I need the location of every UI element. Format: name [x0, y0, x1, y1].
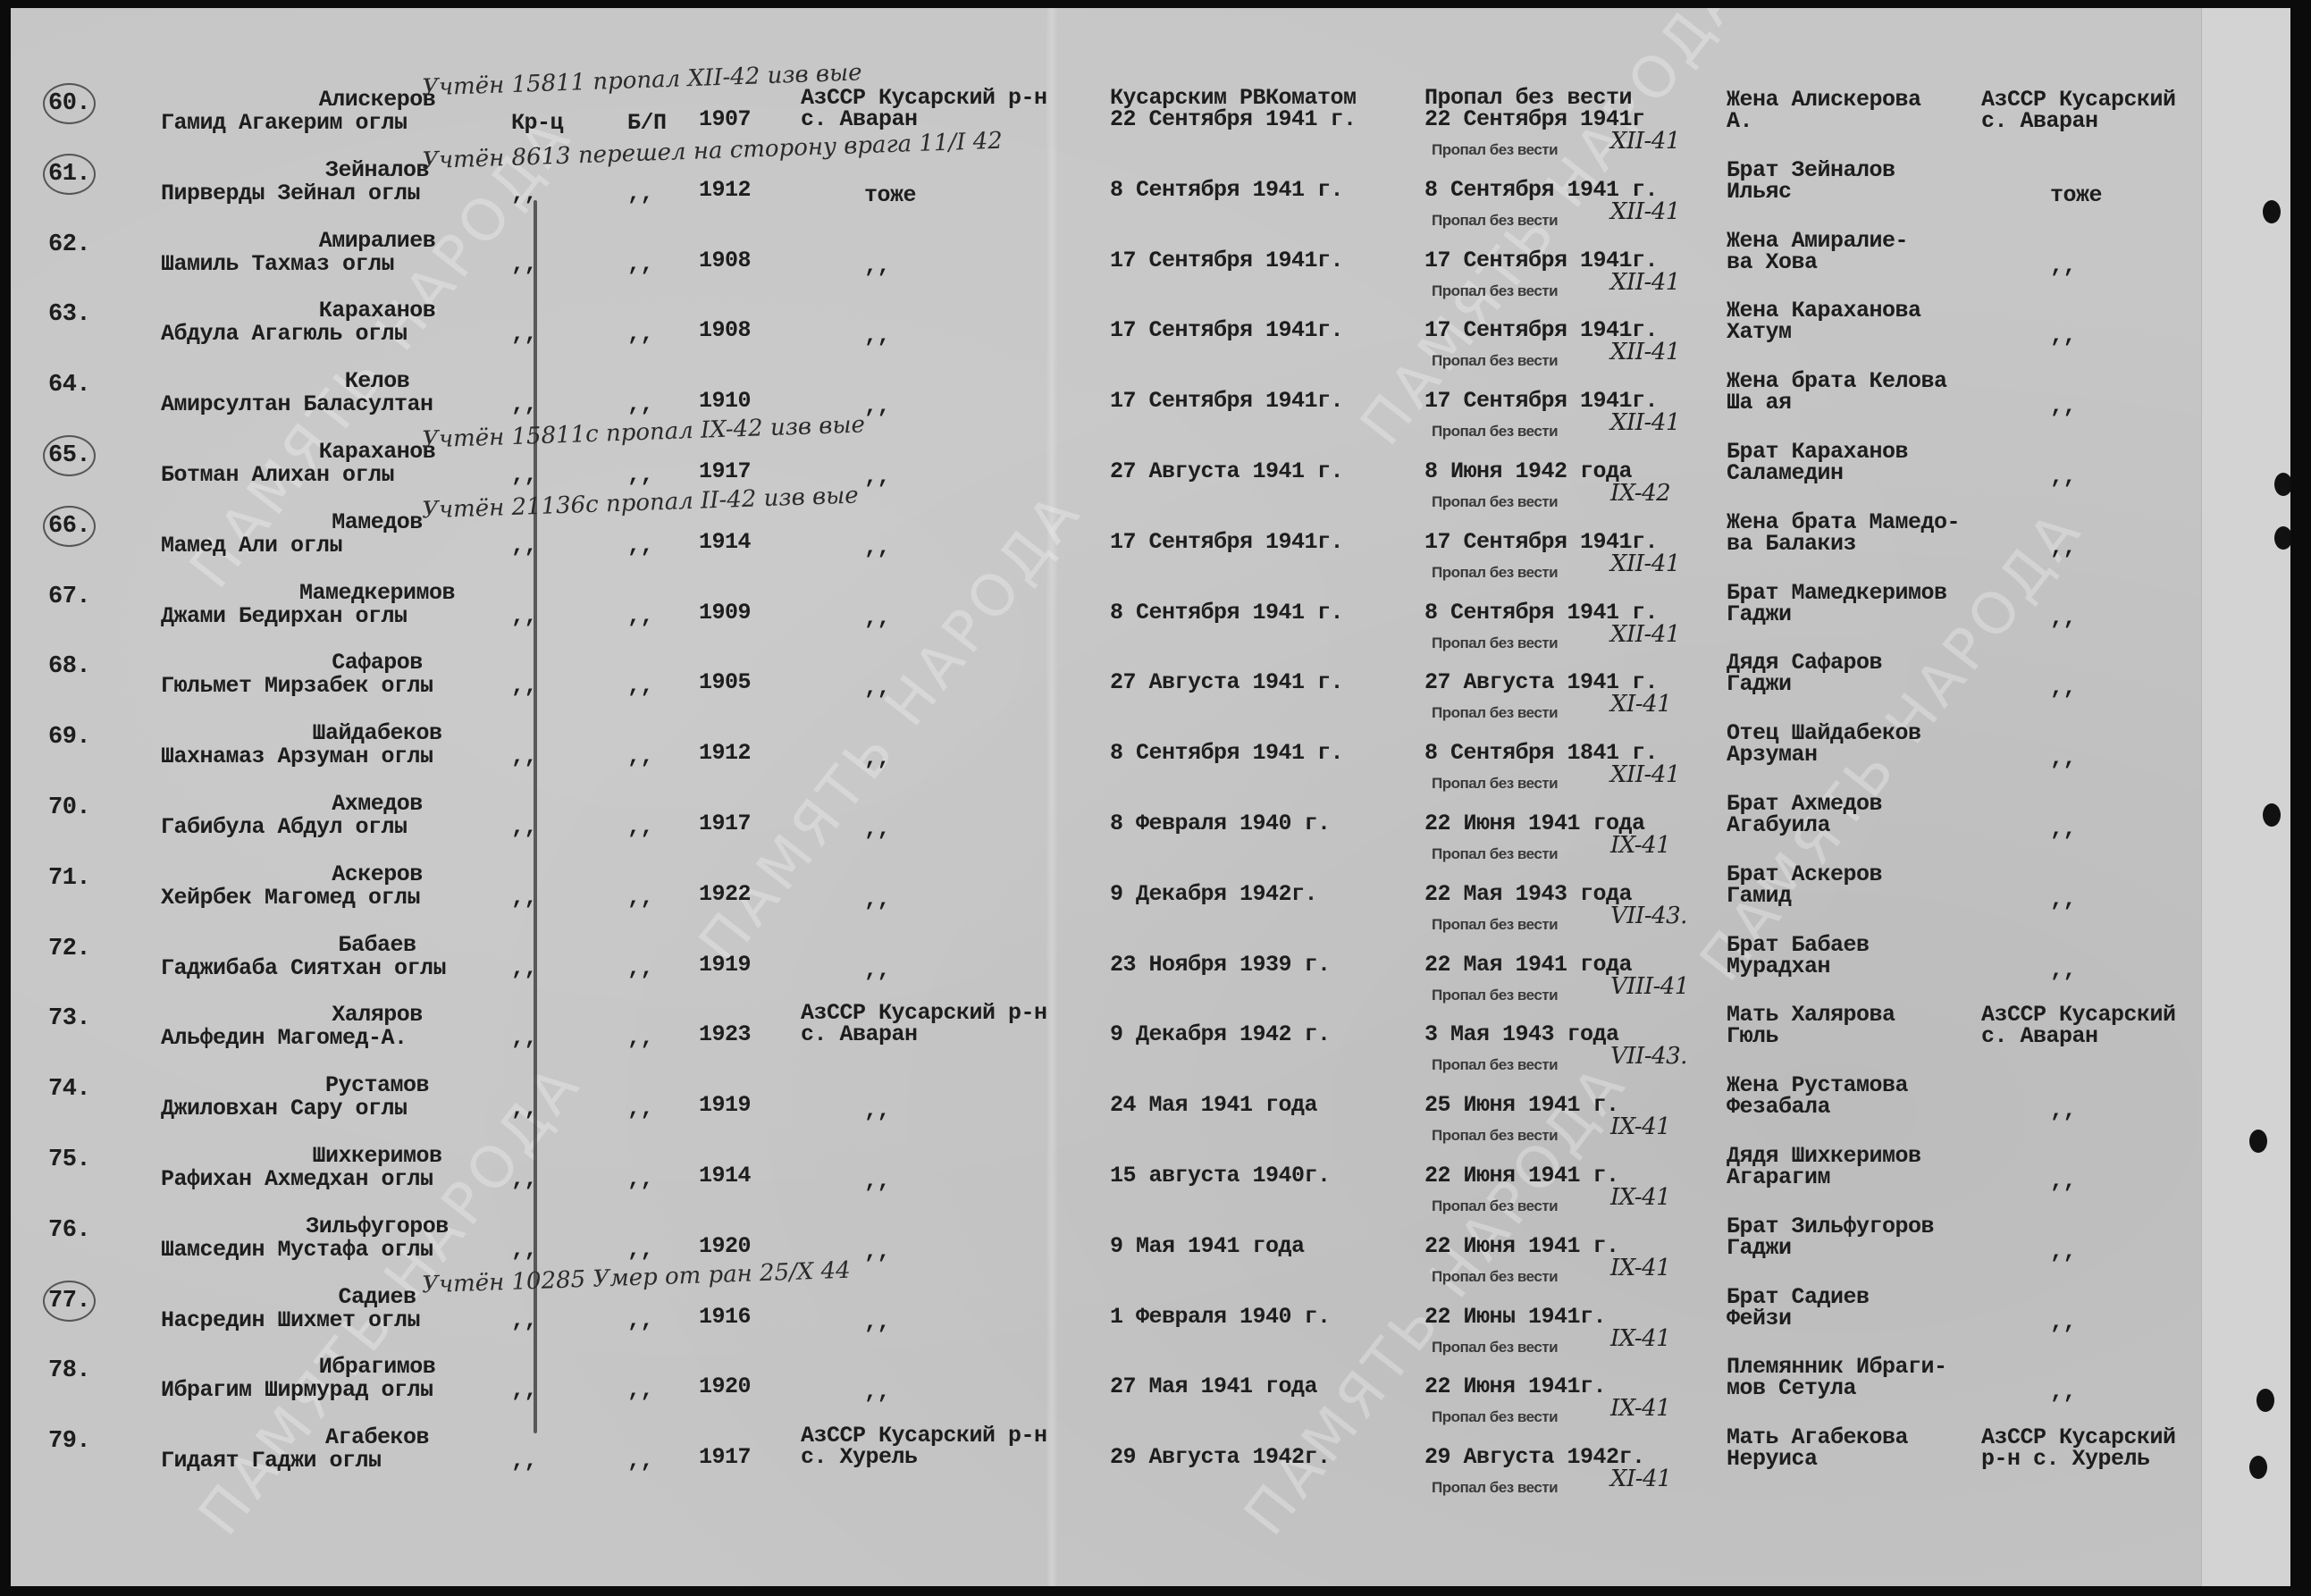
- relative-address: ,,: [2050, 747, 2076, 770]
- month-year-mark: XII-41: [1610, 200, 1680, 223]
- row-number-text: 65.: [43, 435, 96, 476]
- relative-line: Неруиса: [1727, 1448, 1818, 1471]
- conscription-date: 15 августа 1940г.: [1110, 1164, 1331, 1188]
- rank: ,,: [511, 1449, 537, 1473]
- row-number: 75.: [48, 1148, 90, 1172]
- row-number: 73.: [48, 1007, 90, 1030]
- missing-date: 25 Июня 1941 г.: [1424, 1094, 1619, 1117]
- surname: Шихкеримов: [243, 1145, 511, 1168]
- party-status: ,,: [627, 1449, 653, 1473]
- birthplace: тоже: [864, 184, 916, 207]
- relative-line: Хатум: [1727, 321, 1792, 344]
- relative-line: мов Сетула: [1727, 1377, 1856, 1400]
- birth-year: 1917: [699, 812, 751, 836]
- first-names: Альфедин Магомед-А.: [161, 1027, 408, 1050]
- row-number-text: 67.: [48, 584, 90, 610]
- first-names: Ибрагим Ширмурад оглы: [161, 1379, 433, 1402]
- rank: ,,: [511, 393, 537, 416]
- row-number: 72.: [48, 937, 90, 961]
- party-status: ,,: [627, 1168, 653, 1191]
- first-names: Рафихан Ахмедхан оглы: [161, 1168, 433, 1191]
- table-row: 75.ШихкеримовРафихан Ахмедхан оглы,,,,19…: [11, 1150, 2201, 1220]
- birthplace: ,,: [864, 1311, 890, 1334]
- relative-line: А.: [1727, 110, 1752, 133]
- birthplace: ,,: [864, 959, 890, 982]
- conscription-date: 27 Августа 1941 г.: [1110, 671, 1343, 694]
- row-number: 63.: [48, 303, 90, 326]
- first-names: Габибула Абдул оглы: [161, 816, 408, 839]
- birth-year: 1909: [699, 601, 751, 625]
- relative-address: ,,: [2050, 1099, 2076, 1122]
- surname: Агабеков: [243, 1426, 511, 1449]
- surname: Сафаров: [243, 651, 511, 675]
- document-page: ПАМЯТЬ НАРОДА ПАМЯТЬ НАРОДА ПАМЯТЬ НАРОД…: [11, 8, 2290, 1586]
- first-names: Гамид Агакерим оглы: [161, 112, 408, 135]
- punch-hole: [2263, 803, 2281, 827]
- conscription-date: 9 Декабря 1942 г.: [1110, 1023, 1331, 1046]
- missing-date: 8 Июня 1942 года: [1424, 460, 1632, 483]
- relative-address: ,,: [2050, 1170, 2076, 1193]
- surname: Шайдабеков: [243, 722, 511, 745]
- table-row: 64.КеловАмирсултан Баласултан,,,,1910,,1…: [11, 375, 2201, 445]
- missing-stamp: Пропал без вести: [1432, 701, 1558, 725]
- rank: Кр-ц: [511, 112, 563, 135]
- row-number-text: 69.: [48, 724, 90, 751]
- relative-address: ,,: [2050, 676, 2076, 700]
- conscription-date: 24 Мая 1941 года: [1110, 1094, 1317, 1117]
- table-row: 76.ЗильфугоровШамседин Мустафа оглы,,,,1…: [11, 1221, 2201, 1290]
- row-number-text: 63.: [48, 301, 90, 328]
- relative-line: Арзуман: [1727, 743, 1818, 767]
- table-row: 69.ШайдабековШахнамаз Арзуман оглы,,,,19…: [11, 727, 2201, 797]
- relative-address: ,,: [2050, 255, 2076, 278]
- missing-date: 22 Июня 1941 г.: [1424, 1235, 1619, 1258]
- missing-stamp: Пропал без вести: [1432, 139, 1558, 162]
- party-status: ,,: [627, 253, 653, 276]
- birth-year: 1919: [699, 953, 751, 977]
- first-names: Шамседин Мустафа оглы: [161, 1239, 433, 1262]
- month-year-mark: IX-41: [1610, 1256, 1670, 1280]
- punch-hole: [2274, 473, 2290, 496]
- birthplace: ,,: [864, 255, 890, 278]
- birth-year: 1907: [699, 108, 751, 131]
- missing-stamp: Пропал без вести: [1432, 1054, 1558, 1077]
- relative-address-line: с. Аваран: [1981, 110, 2098, 133]
- table-row: 72.БабаевГаджибаба Сиятхан оглы,,,,1919,…: [11, 939, 2201, 1009]
- party-status: ,,: [627, 886, 653, 910]
- birth-year: 1917: [699, 460, 751, 483]
- rank: ,,: [511, 957, 537, 980]
- table-row: 66.МамедовМамед Али оглы,,,,1914,,17 Сен…: [11, 517, 2201, 586]
- conscription-date: 9 Мая 1941 года: [1110, 1235, 1305, 1258]
- missing-stamp: Пропал без вести: [1432, 280, 1558, 303]
- relative-line: Агабуила: [1727, 814, 1830, 837]
- birth-year: 1917: [699, 1446, 751, 1469]
- month-year-mark: IX-42: [1610, 482, 1670, 505]
- party-status: ,,: [627, 675, 653, 698]
- surname: Ибрагимов: [243, 1356, 511, 1379]
- first-names: Абдула Агагюль оглы: [161, 323, 408, 346]
- rank: ,,: [511, 1379, 537, 1402]
- first-names: Джами Бедирхан оглы: [161, 605, 408, 628]
- rank: ,,: [511, 1239, 537, 1262]
- table-row: 73.ХаляровАльфедин Магомед-А.,,,,1923АзС…: [11, 1009, 2201, 1079]
- missing-stamp: Пропал без вести: [1432, 1476, 1558, 1499]
- month-year-mark: XII-41: [1610, 411, 1680, 434]
- party-status: ,,: [627, 605, 653, 628]
- table-row: 67.МамедкеримовДжами Бедирхан оглы,,,,19…: [11, 587, 2201, 657]
- conscription-date: 1 Февраля 1940 г.: [1110, 1306, 1331, 1329]
- rank: ,,: [511, 534, 537, 558]
- conscription-date: 17 Сентября 1941г.: [1110, 249, 1343, 273]
- relative-line: Гаджи: [1727, 603, 1792, 626]
- first-names: Шамиль Тахмаз оглы: [161, 253, 394, 276]
- month-year-mark: XII-41: [1610, 763, 1680, 786]
- row-number: 68.: [48, 655, 90, 678]
- row-number-text: 75.: [48, 1147, 90, 1173]
- month-year-mark: IX-41: [1610, 1186, 1670, 1209]
- table-row: 62.АмиралиевШамиль Тахмаз оглы,,,,1908,,…: [11, 235, 2201, 305]
- rank: ,,: [511, 605, 537, 628]
- row-number-text: 79.: [48, 1428, 90, 1455]
- row-number-text: 72.: [48, 936, 90, 962]
- missing-date: 22 Июня 1941 г.: [1424, 1164, 1619, 1188]
- table-row: 65.КарахановБотман Алихан оглы,,,,1917,,…: [11, 446, 2201, 516]
- birthplace: ,,: [864, 747, 890, 770]
- party-status: ,,: [627, 464, 653, 487]
- party-status: ,,: [627, 534, 653, 558]
- rank: ,,: [511, 816, 537, 839]
- missing-stamp: Пропал без вести: [1432, 420, 1558, 443]
- relative-line: Фезабала: [1727, 1096, 1830, 1119]
- birthplace: ,,: [864, 395, 890, 418]
- birthplace: ,,: [864, 607, 890, 630]
- missing-date: 22 Июны 1941г.: [1424, 1306, 1606, 1329]
- first-names: Амирсултан Баласултан: [161, 393, 433, 416]
- surname: Ахмедов: [243, 793, 511, 816]
- relative-address: ,,: [2050, 536, 2076, 559]
- row-number: 61.: [48, 163, 90, 186]
- birthplace-line: с. Аваран: [801, 108, 918, 131]
- conscription-date: 9 Декабря 1942г.: [1110, 883, 1317, 906]
- party-status: ,,: [627, 1097, 653, 1121]
- paper-edge-strip: [2201, 8, 2290, 1586]
- relative-line: ва Балакиз: [1727, 533, 1856, 556]
- conscription-date: 27 Мая 1941 года: [1110, 1375, 1317, 1399]
- row-number: 70.: [48, 796, 90, 819]
- table-row: 79.АгабековГидаят Гаджи оглы,,,,1917АзСС…: [11, 1432, 2201, 1501]
- relative-line: Агарагим: [1727, 1166, 1830, 1189]
- relative-address: ,,: [2050, 607, 2076, 630]
- relative-address: ,,: [2050, 1240, 2076, 1264]
- conscription-date: 17 Сентября 1941г.: [1110, 531, 1343, 554]
- relative-address: ,,: [2050, 1311, 2076, 1334]
- missing-date: 3 Мая 1943 года: [1424, 1023, 1619, 1046]
- row-number-text: 64.: [48, 372, 90, 399]
- row-number: 74.: [48, 1078, 90, 1101]
- conscription-date: 8 Сентября 1941 г.: [1110, 601, 1343, 625]
- table-row: 74.РустамовДжиловхан Сару оглы,,,,1919,,…: [11, 1079, 2201, 1149]
- conscription-date: 17 Сентября 1941г.: [1110, 390, 1343, 413]
- birthplace: ,,: [864, 1170, 890, 1193]
- birth-year: 1920: [699, 1235, 751, 1258]
- missing-stamp: Пропал без вести: [1432, 209, 1558, 232]
- month-year-mark: IX-41: [1610, 834, 1670, 857]
- first-names: Гюльмет Мирзабек оглы: [161, 675, 433, 698]
- relative-line: ва Хова: [1727, 251, 1818, 274]
- first-names: Шахнамаз Арзуман оглы: [161, 745, 433, 769]
- missing-stamp: Пропал без вести: [1432, 1265, 1558, 1289]
- party-status: ,,: [627, 957, 653, 980]
- surname: Келов: [243, 370, 511, 393]
- birthplace: ,,: [864, 324, 890, 348]
- row-number: 78.: [48, 1359, 90, 1382]
- rank: ,,: [511, 1097, 537, 1121]
- missing-stamp: Пропал без вести: [1432, 1336, 1558, 1359]
- missing-stamp: Пропал без вести: [1432, 491, 1558, 514]
- table-row: 78.ИбрагимовИбрагим Ширмурад оглы,,,,192…: [11, 1361, 2201, 1431]
- conscription-date: 23 Ноября 1939 г.: [1110, 953, 1331, 977]
- month-year-mark: XII-41: [1610, 130, 1680, 153]
- row-number: 66.: [48, 515, 90, 538]
- birth-year: 1910: [699, 390, 751, 413]
- row-number-text: 68.: [48, 653, 90, 680]
- first-names: Мамед Али оглы: [161, 534, 342, 558]
- relative-line: Фейзи: [1727, 1307, 1792, 1331]
- relative-line: Ша ая: [1727, 391, 1792, 415]
- birth-year: 1908: [699, 319, 751, 342]
- conscription-date: 8 Февраля 1940 г.: [1110, 812, 1331, 836]
- missing-date: 22 Мая 1943 года: [1424, 883, 1632, 906]
- party-status: ,,: [627, 323, 653, 346]
- rank: ,,: [511, 464, 537, 487]
- handwritten-annotation: Учтён 15811 пропал XII-42 изв вые: [422, 59, 862, 101]
- birth-year: 1912: [699, 742, 751, 765]
- birth-year: 1912: [699, 179, 751, 202]
- relative-line: Гаджи: [1727, 1237, 1792, 1260]
- missing-stamp: Пропал без вести: [1432, 561, 1558, 584]
- first-names: Ботман Алихан оглы: [161, 464, 394, 487]
- row-number-text: 61.: [43, 154, 96, 195]
- rank: ,,: [511, 1168, 537, 1191]
- first-names: Гаджибаба Сиятхан оглы: [161, 957, 446, 980]
- conscription-date: 8 Сентября 1941 г.: [1110, 742, 1343, 765]
- birth-year: 1916: [699, 1306, 751, 1329]
- birth-year: 1923: [699, 1023, 751, 1046]
- rank: ,,: [511, 1309, 537, 1332]
- missing-stamp: Пропал без вести: [1432, 772, 1558, 795]
- month-year-mark: XI-41: [1610, 1467, 1671, 1491]
- relative-address: ,,: [2050, 1381, 2076, 1404]
- row-number-text: 73.: [48, 1005, 90, 1032]
- first-names: Хейрбек Магомед оглы: [161, 886, 420, 910]
- row-number-text: 62.: [48, 231, 90, 258]
- missing-stamp: Пропал без вести: [1432, 913, 1558, 937]
- row-number-text: 77.: [43, 1281, 96, 1322]
- birth-year: 1920: [699, 1375, 751, 1399]
- party-status: Б/П: [627, 112, 667, 135]
- relative-line: Ильяс: [1727, 181, 1792, 204]
- party-status: ,,: [627, 182, 653, 206]
- first-names: Гидаят Гаджи оглы: [161, 1449, 382, 1473]
- relative-address-line: р-н с. Хурель: [1981, 1448, 2150, 1471]
- party-status: ,,: [627, 1309, 653, 1332]
- relative-address: тоже: [2050, 184, 2102, 207]
- row-number-text: 60.: [43, 83, 96, 124]
- first-names: Пирверды Зейнал оглы: [161, 182, 420, 206]
- surname: Аскеров: [243, 863, 511, 886]
- month-year-mark: XII-41: [1610, 623, 1680, 646]
- missing-date: 22 Мая 1941 года: [1424, 953, 1632, 977]
- birthplace-line: с. Аваран: [801, 1023, 918, 1046]
- party-status: ,,: [627, 816, 653, 839]
- birthplace: ,,: [864, 1240, 890, 1264]
- conscription-date: 29 Августа 1942г.: [1110, 1446, 1331, 1469]
- birthplace: ,,: [864, 818, 890, 841]
- table-row: 68.СафаровГюльмет Мирзабек оглы,,,,1905,…: [11, 657, 2201, 727]
- punch-hole: [2256, 1389, 2274, 1412]
- rank: ,,: [511, 886, 537, 910]
- birthplace-line: с. Хурель: [801, 1446, 918, 1469]
- punch-hole: [2249, 1130, 2267, 1153]
- relative-address: ,,: [2050, 959, 2076, 982]
- birthplace: ,,: [864, 888, 890, 911]
- birthplace: ,,: [864, 536, 890, 559]
- relative-line: Саламедин: [1727, 462, 1844, 485]
- conscription-date: 17 Сентября 1941г.: [1110, 319, 1343, 342]
- surname: Зильфугоров: [243, 1215, 511, 1239]
- rank: ,,: [511, 323, 537, 346]
- surname: Караханов: [243, 299, 511, 323]
- punch-hole: [2263, 200, 2281, 223]
- surname: Халяров: [243, 1004, 511, 1027]
- table-row: 63.КарахановАбдула Агагюль оглы,,,,1908,…: [11, 305, 2201, 374]
- table-row: 61.ЗейналовПирверды Зейнал оглы,,,,1912т…: [11, 164, 2201, 234]
- conscription-date: 27 Августа 1941 г.: [1110, 460, 1343, 483]
- rank: ,,: [511, 745, 537, 769]
- table-row: 71.АскеровХейрбек Магомед оглы,,,,1922,,…: [11, 869, 2201, 938]
- birth-year: 1914: [699, 531, 751, 554]
- row-number-text: 70.: [48, 794, 90, 821]
- month-year-mark: VII-43.: [1610, 904, 1687, 928]
- month-year-mark: XII-41: [1610, 340, 1680, 364]
- party-status: ,,: [627, 393, 653, 416]
- relative-address: ,,: [2050, 888, 2076, 911]
- rank: ,,: [511, 182, 537, 206]
- missing-stamp: Пропал без вести: [1432, 632, 1558, 655]
- table-row: 70.АхмедовГабибула Абдул оглы,,,,1917,,8…: [11, 798, 2201, 868]
- rank: ,,: [511, 253, 537, 276]
- missing-stamp: Пропал без вести: [1432, 1195, 1558, 1218]
- surname: Мамедкеримов: [243, 582, 511, 605]
- missing-stamp: Пропал без вести: [1432, 349, 1558, 373]
- table-row: 77.СадиевНасредин Шихмет оглы,,,,1916,,1…: [11, 1291, 2201, 1361]
- party-status: ,,: [627, 745, 653, 769]
- month-year-mark: IX-41: [1610, 1115, 1670, 1138]
- row-number: 65.: [48, 444, 90, 467]
- rank: ,,: [511, 675, 537, 698]
- row-number-text: 71.: [48, 865, 90, 892]
- surname: Бабаев: [243, 934, 511, 957]
- rank: ,,: [511, 1027, 537, 1050]
- row-number: 79.: [48, 1430, 90, 1453]
- relative-line: Мурадхан: [1727, 955, 1830, 979]
- party-status: ,,: [627, 1239, 653, 1262]
- month-year-mark: VII-43.: [1610, 1045, 1687, 1068]
- first-names: Джиловхан Сару оглы: [161, 1097, 408, 1121]
- birth-year: 1919: [699, 1094, 751, 1117]
- month-year-mark: XII-41: [1610, 271, 1680, 294]
- relative-line: Гаджи: [1727, 673, 1792, 696]
- row-number-text: 74.: [48, 1076, 90, 1103]
- party-status: ,,: [627, 1027, 653, 1050]
- row-number: 77.: [48, 1289, 90, 1313]
- row-number: 60.: [48, 92, 90, 115]
- row-number: 62.: [48, 233, 90, 256]
- row-number-text: 78.: [48, 1357, 90, 1384]
- relative-address-line: с. Аваран: [1981, 1025, 2098, 1048]
- row-number: 76.: [48, 1219, 90, 1242]
- first-names: Насредин Шихмет оглы: [161, 1309, 420, 1332]
- relative-line: Гамид: [1727, 885, 1792, 908]
- conscription-date: 22 Сентября 1941 г.: [1110, 108, 1357, 131]
- relative-address: ,,: [2050, 466, 2076, 489]
- birth-year: 1914: [699, 1164, 751, 1188]
- surname: Рустамов: [243, 1074, 511, 1097]
- month-year-mark: IX-41: [1610, 1327, 1670, 1350]
- birth-year: 1922: [699, 883, 751, 906]
- relative-line: Гюль: [1727, 1025, 1778, 1048]
- row-number-text: 66.: [43, 506, 96, 547]
- missing-date: 22 Июня 1941г.: [1424, 1375, 1606, 1399]
- month-year-mark: XII-41: [1610, 552, 1680, 575]
- party-status: ,,: [627, 1379, 653, 1402]
- missing-stamp: Пропал без вести: [1432, 1124, 1558, 1147]
- punch-hole: [2274, 526, 2290, 550]
- row-number: 64.: [48, 374, 90, 397]
- relative-address: ,,: [2050, 818, 2076, 841]
- birthplace: ,,: [864, 1381, 890, 1404]
- missing-stamp: Пропал без вести: [1432, 843, 1558, 866]
- row-number-text: 76.: [48, 1217, 90, 1244]
- relative-line: Жена Алискерова: [1727, 88, 1921, 112]
- table-row: 60.АлискеровГамид Агакерим оглыКр-цБ/П19…: [11, 94, 2201, 164]
- relative-address: ,,: [2050, 395, 2076, 418]
- row-number: 71.: [48, 867, 90, 890]
- birth-year: 1908: [699, 249, 751, 273]
- surname: Амиралиев: [243, 230, 511, 253]
- month-year-mark: XI-41: [1610, 693, 1671, 716]
- birthplace: ,,: [864, 466, 890, 489]
- row-number: 69.: [48, 726, 90, 749]
- relative-address: ,,: [2050, 324, 2076, 348]
- punch-hole: [2249, 1456, 2267, 1479]
- row-number: 67.: [48, 585, 90, 609]
- missing-stamp: Пропал без вести: [1432, 984, 1558, 1007]
- birth-year: 1905: [699, 671, 751, 694]
- birthplace: ,,: [864, 1099, 890, 1122]
- month-year-mark: IX-41: [1610, 1397, 1670, 1420]
- month-year-mark: VIII-41: [1610, 975, 1689, 998]
- conscription-date: 8 Сентября 1941 г.: [1110, 179, 1343, 202]
- missing-stamp: Пропал без вести: [1432, 1406, 1558, 1429]
- birthplace: ,,: [864, 676, 890, 700]
